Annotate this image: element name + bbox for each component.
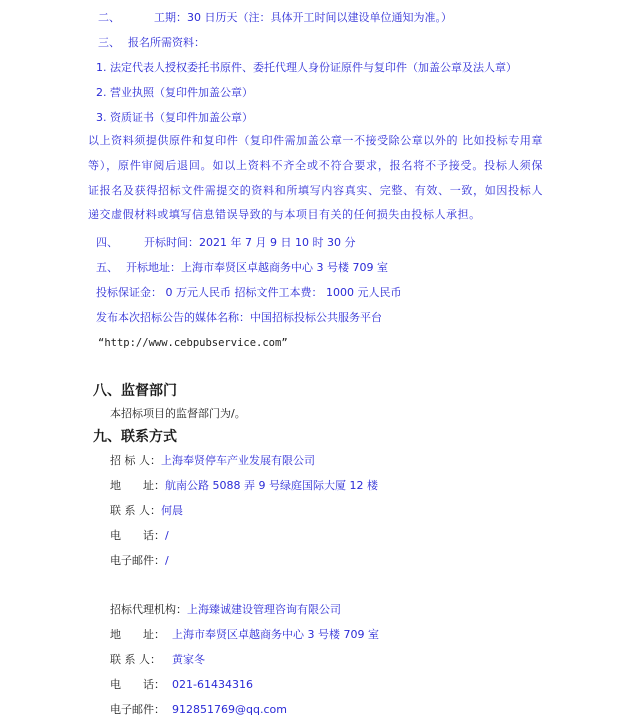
tenderer-email-value: / <box>165 554 169 567</box>
agency-address-row: 地 址：上海市奉贤区卓越商务中心 3 号楼 709 室 <box>110 628 379 642</box>
agency-phone-label: 电 话： <box>110 678 172 692</box>
tenderer-address-value: 航南公路 5088 弄 9 号绿庭国际大厦 12 楼 <box>165 479 378 492</box>
agency-phone-row: 电 话：021-61434316 <box>110 678 253 692</box>
agency-name-row: 招标代理机构：上海臻诚建设管理咨询有限公司 <box>110 603 341 617</box>
schedule-num: 二、 <box>98 11 120 24</box>
materials-item-1: 1. 法定代表人授权委托书原件、委托代理人身份证原件与复印件（加盖公章及法人章） <box>96 61 517 75</box>
agency-email-value[interactable]: 912851769@qq.com <box>172 703 287 716</box>
agency-address-label: 地 址： <box>110 628 172 642</box>
materials-item-2: 2. 营业执照（复印件加盖公章） <box>96 86 253 100</box>
media-line: 发布本次招标公告的媒体名称：中国招标投标公共服务平台 <box>96 311 382 325</box>
tenderer-phone-value: / <box>165 529 169 542</box>
tenderer-address-label: 地 址： <box>110 479 165 493</box>
tenderer-phone-label: 电 话： <box>110 529 165 543</box>
media-url[interactable]: “http://www.cebpubservice.com” <box>98 336 288 350</box>
materials-item-3: 3. 资质证书（复印件加盖公章） <box>96 111 253 125</box>
agency-name-label: 招标代理机构： <box>110 603 187 617</box>
tenderer-name-label: 招 标 人： <box>110 454 161 468</box>
tenderer-contact-value: 何晨 <box>161 504 183 517</box>
opening-time-line: 四、开标时间：2021 年 7 月 9 日 10 时 30 分 <box>96 236 355 250</box>
tenderer-email-row: 电子邮件：/ <box>110 554 169 568</box>
schedule-text: 工期：30 日历天（注：具体开工时间以建设单位通知为准。） <box>154 11 452 24</box>
agency-phone-value: 021-61434316 <box>172 678 253 691</box>
agency-contact-label: 联 系 人： <box>110 653 172 667</box>
tenderer-name-value: 上海奉贤停车产业发展有限公司 <box>161 454 315 467</box>
tenderer-contact-label: 联 系 人： <box>110 504 161 518</box>
tenderer-phone-row: 电 话：/ <box>110 529 169 543</box>
tenderer-address-row: 地 址：航南公路 5088 弄 9 号绿庭国际大厦 12 楼 <box>110 479 378 493</box>
materials-title: 报名所需资料： <box>128 36 205 49</box>
tenderer-email-label: 电子邮件： <box>110 554 165 568</box>
opening-time-num: 四、 <box>96 236 118 249</box>
supervision-text: 本招标项目的监督部门为/。 <box>110 407 246 421</box>
agency-address-value: 上海市奉贤区卓越商务中心 3 号楼 709 室 <box>172 628 379 641</box>
agency-email-label: 电子邮件： <box>110 703 172 717</box>
agency-contact-value: 黄家冬 <box>172 653 205 666</box>
agency-email-row: 电子邮件：912851769@qq.com <box>110 703 287 717</box>
agency-contact-row: 联 系 人：黄家冬 <box>110 653 205 667</box>
tenderer-name-row: 招 标 人：上海奉贤停车产业发展有限公司 <box>110 454 315 468</box>
materials-num: 三、 <box>98 36 120 49</box>
deposit-line: 投标保证金： 0 万元人民币 招标文件工本费： 1000 元人民币 <box>96 286 401 300</box>
opening-address-num: 五、 <box>96 261 118 274</box>
schedule-line: 二、工期：30 日历天（注：具体开工时间以建设单位通知为准。） <box>98 11 452 25</box>
agency-name-value: 上海臻诚建设管理咨询有限公司 <box>187 603 341 616</box>
materials-note: 以上资料须提供原件和复印件（复印件需加盖公章一不接受除公章以外的 比如投标专用章… <box>88 129 543 228</box>
contact-heading: 九、联系方式 <box>93 428 177 446</box>
opening-address-text: 开标地址：上海市奉贤区卓越商务中心 3 号楼 709 室 <box>126 261 388 274</box>
materials-title-line: 三、报名所需资料： <box>98 36 205 50</box>
supervision-heading: 八、监督部门 <box>93 382 177 400</box>
opening-time-text: 开标时间：2021 年 7 月 9 日 10 时 30 分 <box>144 236 355 249</box>
tenderer-contact-row: 联 系 人：何晨 <box>110 504 183 518</box>
opening-address-line: 五、开标地址：上海市奉贤区卓越商务中心 3 号楼 709 室 <box>96 261 388 275</box>
